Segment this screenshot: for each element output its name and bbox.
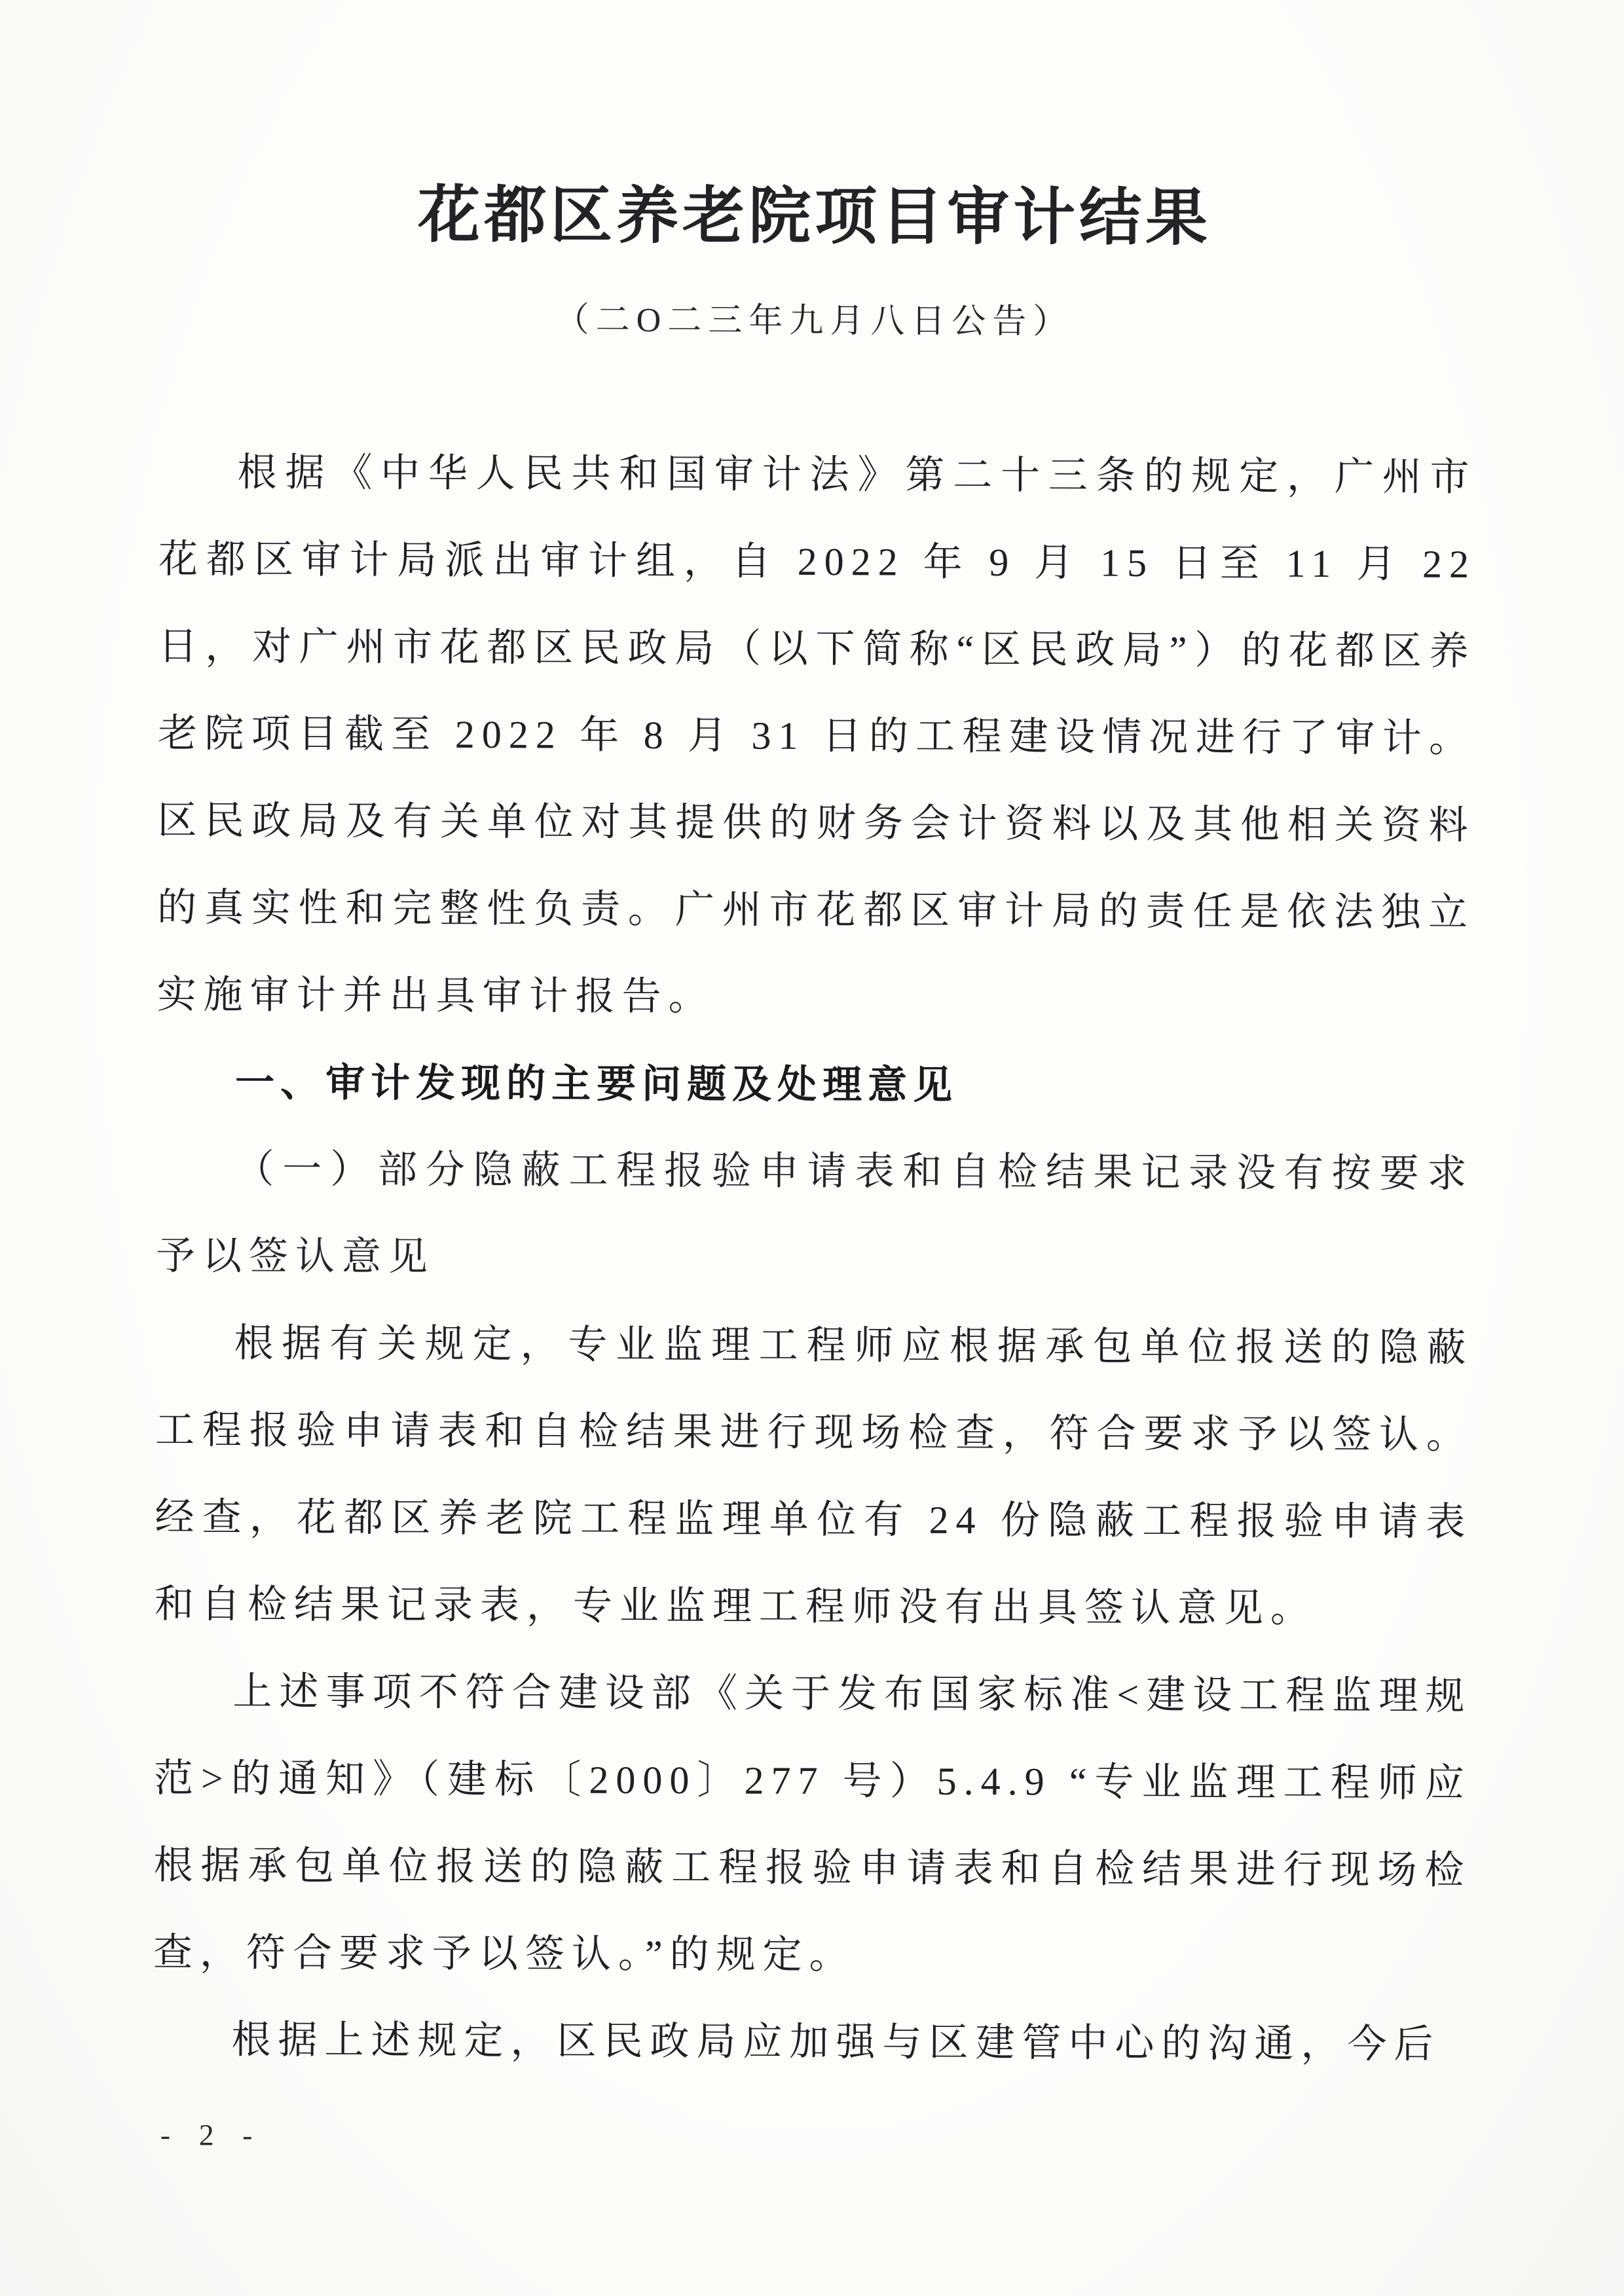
subsection-heading-item-one: （一）部分隐蔽工程报验申请表和自检结果记录没有按要求予以签认意见 [156, 1125, 1474, 1305]
scan-content: 花都区养老院项目审计结果 （二O二三年九月八日公告） 根据《中华人民共和国审计法… [0, 0, 1624, 2296]
document-title: 花都区养老院项目审计结果 [3, 173, 1624, 261]
page-number: - 2 - [160, 2117, 263, 2153]
paragraph-handling-opinion: 根据上述规定，区民政局应加强与区建管中心的沟通，今后 [153, 1996, 1470, 2088]
scanned-document-page: 花都区养老院项目审计结果 （二O二三年九月八日公告） 根据《中华人民共和国审计法… [0, 0, 1624, 2296]
paragraph-audit-basis: 根据《中华人民共和国审计法》第二十三条的规定，广州市花都区审计局派出审计组，自 … [157, 429, 1477, 1044]
document-body: 根据《中华人民共和国审计法》第二十三条的规定，广州市花都区审计局派出审计组，自 … [153, 429, 1477, 2088]
section-heading-main-problems: 一、审计发现的主要问题及处理意见 [157, 1038, 1474, 1131]
document-subtitle: （二O二三年九月八日公告） [2, 295, 1624, 348]
paragraph-finding-detail: 根据有关规定，专业监理工程师应根据承包单位报送的隐蔽工程报验申请表和自检结果进行… [155, 1300, 1473, 1653]
paragraph-regulation-reference: 上述事项不符合建设部《关于发布国家标准<建设工程监理规范>的通知》（建标〔200… [153, 1648, 1472, 2001]
